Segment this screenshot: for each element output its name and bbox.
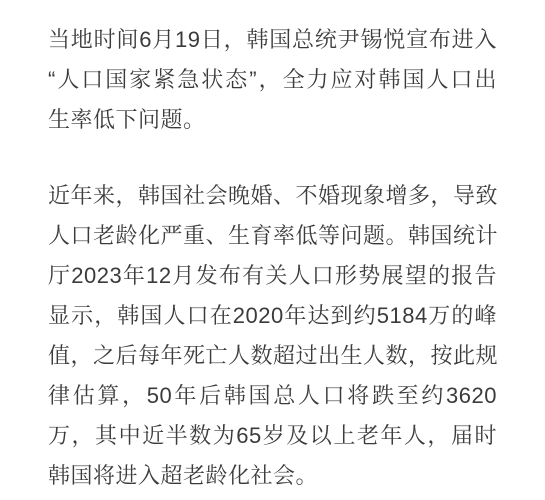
paragraph-line: 生率低下问题。 bbox=[48, 100, 497, 140]
paragraph-line: 律估算，50年后韩国总人口将跌至约3620 bbox=[48, 376, 497, 416]
paragraph-line: 近年来，韩国社会晚婚、不婚现象增多，导致 bbox=[48, 176, 497, 216]
paragraph-line: 韩国将进入超老龄化社会。 bbox=[48, 456, 497, 496]
article-body: 当地时间6月19日，韩国总统尹锡悦宣布进入 “人口国家紧急状态”，全力应对韩国人… bbox=[0, 0, 545, 496]
paragraph-line: 人口老龄化严重、生育率低等问题。韩国统计 bbox=[48, 216, 497, 256]
paragraph-line: 当地时间6月19日，韩国总统尹锡悦宣布进入 bbox=[48, 20, 497, 60]
article-page: 当地时间6月19日，韩国总统尹锡悦宣布进入 “人口国家紧急状态”，全力应对韩国人… bbox=[0, 0, 545, 500]
paragraph: 当地时间6月19日，韩国总统尹锡悦宣布进入 “人口国家紧急状态”，全力应对韩国人… bbox=[48, 20, 497, 140]
paragraph-line: “人口国家紧急状态”，全力应对韩国人口出 bbox=[48, 60, 497, 100]
paragraph: 近年来，韩国社会晚婚、不婚现象增多，导致 人口老龄化严重、生育率低等问题。韩国统… bbox=[48, 176, 497, 496]
paragraph-line: 显示，韩国人口在2020年达到约5184万的峰 bbox=[48, 296, 497, 336]
paragraph-line: 厅2023年12月发布有关人口形势展望的报告 bbox=[48, 256, 497, 296]
paragraph-line: 万，其中近半数为65岁及以上老年人，届时 bbox=[48, 416, 497, 456]
paragraph-line: 值，之后每年死亡人数超过出生人数，按此规 bbox=[48, 336, 497, 376]
